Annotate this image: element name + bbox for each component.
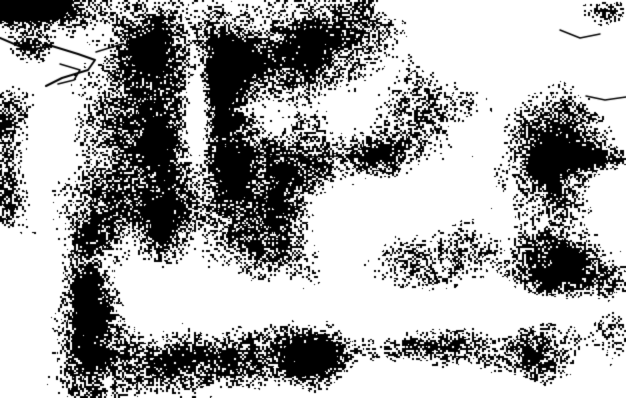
grunge-texture-image (0, 0, 626, 398)
grunge-texture-canvas (0, 0, 626, 398)
